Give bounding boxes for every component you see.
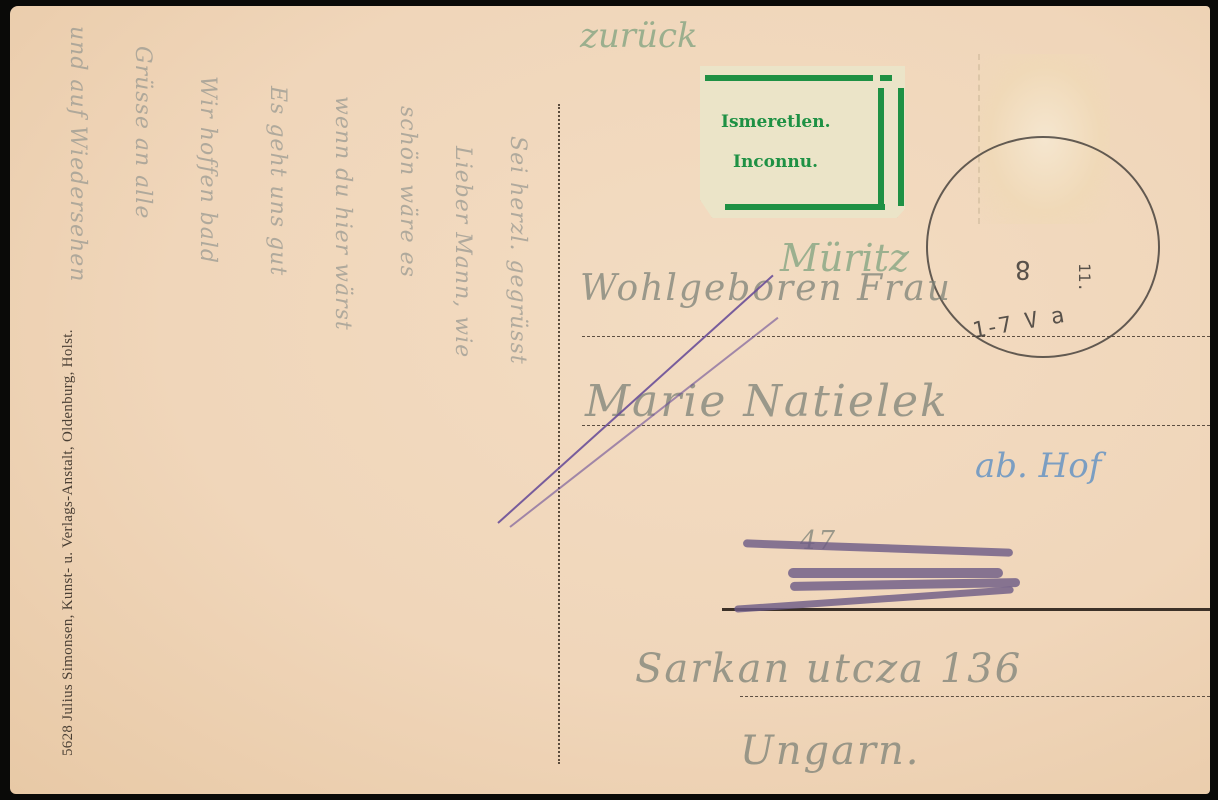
message-line: Lieber Mann, wie [450, 146, 475, 358]
address-street: Sarkan utcza 136 [635, 646, 1022, 692]
annotation-zuruck: zurück [580, 16, 698, 56]
label-hungarian: Ismeretlen. [721, 112, 831, 132]
label-border [878, 88, 884, 206]
message-line: Sei herzl. gegrüsst [505, 136, 530, 365]
message-line: Grüsse an alle [130, 46, 155, 219]
annotation-blue-note: ab. Hof [975, 446, 1101, 486]
purple-strike [788, 568, 1003, 578]
address-salutation: Wohlgeboren Frau [580, 268, 952, 309]
postmark-digit: 8 [1015, 254, 1031, 284]
address-name: Marie Natielek [585, 376, 949, 427]
label-french: Inconnu. [733, 152, 818, 172]
message-line: wenn du hier wärst [330, 96, 355, 331]
unknown-recipient-label: Ismeretlen. Inconnu. [700, 66, 905, 218]
label-border [725, 204, 885, 210]
postmark-small: 11. [1075, 263, 1094, 292]
message-line: Es geht uns gut [265, 86, 290, 276]
label-border [705, 75, 873, 81]
center-divider [558, 104, 560, 764]
message-line: schön wäre es [395, 106, 420, 278]
postcard-back: Sei herzl. gegrüsst Lieber Mann, wie sch… [10, 6, 1210, 794]
address-line-1 [582, 336, 1210, 337]
message-line: und auf Wiedersehen [65, 26, 90, 282]
purple-strike [743, 539, 1013, 556]
message-line: Wir hoffen bald [195, 76, 220, 264]
address-country: Ungarn. [740, 728, 921, 774]
label-border [898, 88, 904, 206]
publisher-imprint: 5628 Julius Simonsen, Kunst- u. Verlags-… [60, 329, 77, 756]
label-border [880, 75, 892, 81]
address-line-4 [740, 696, 1210, 697]
